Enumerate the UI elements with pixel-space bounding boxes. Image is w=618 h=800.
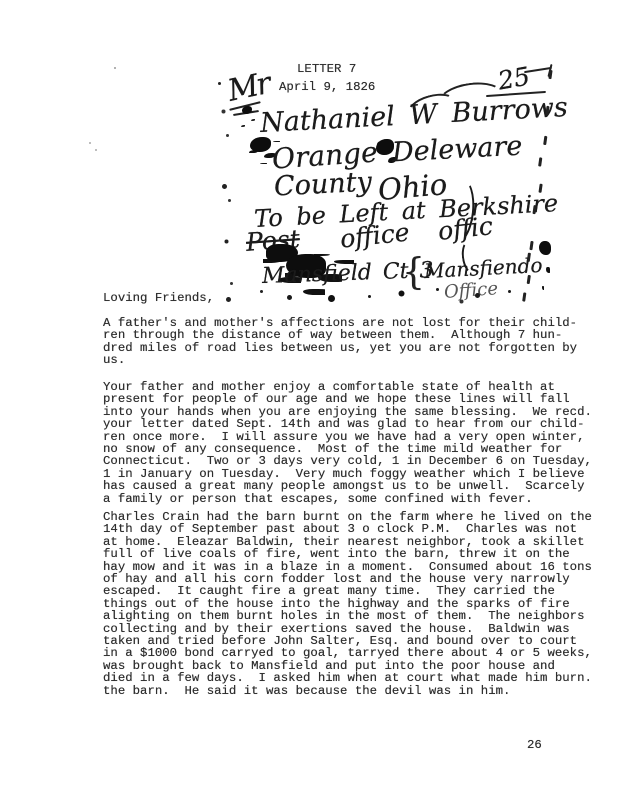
pen-flourish bbox=[460, 239, 483, 275]
pen-flourish bbox=[403, 88, 461, 129]
pen-flourish bbox=[486, 91, 546, 97]
pen-flourish bbox=[233, 110, 259, 116]
handwriting-postmark-line1: Mansfiendo bbox=[423, 253, 543, 283]
ink-blot bbox=[376, 139, 394, 155]
handwriting-origin-postmark: Mansfield Ct 3 bbox=[262, 258, 434, 289]
handwriting-struck-word: Post bbox=[245, 224, 301, 257]
handwriting-town: Orange bbox=[271, 135, 379, 175]
ink-specks bbox=[218, 82, 221, 85]
handwriting-instruction: To be Left at Berkshire bbox=[253, 189, 558, 233]
letter-heading: LETTER 7 bbox=[297, 63, 356, 75]
handwriting-addressee: Nathaniel W Burrows bbox=[259, 92, 568, 139]
handwriting-prefix: Mr bbox=[225, 66, 272, 109]
handwriting-county-word: County bbox=[273, 166, 372, 202]
ink-blot bbox=[539, 241, 551, 255]
letter-date: April 9, 1826 bbox=[279, 81, 375, 93]
scan-edge-marks bbox=[548, 70, 552, 79]
letter-paragraph-3: Charles Crain had the barn burnt on the … bbox=[103, 511, 592, 697]
pen-flourish bbox=[547, 64, 552, 77]
handwriting-county-name: Deleware bbox=[391, 131, 523, 169]
handwriting-office-word-2: offic bbox=[437, 211, 494, 246]
ink-blot bbox=[286, 254, 326, 278]
letter-paragraph-1: A father's and mother's affections are n… bbox=[103, 317, 577, 367]
pen-flourish bbox=[441, 177, 478, 246]
pen-flourish bbox=[524, 67, 552, 73]
scanned-letter-page: LETTER 7 April 9, 1826 Mr 25 Nathaniel W… bbox=[0, 0, 618, 800]
pen-flourish bbox=[229, 101, 261, 111]
letter-paragraph-2: Your father and mother enjoy a comfortab… bbox=[103, 381, 592, 505]
salutation: Loving Friends, bbox=[103, 292, 214, 304]
ink-blot bbox=[250, 137, 271, 152]
handwriting-office-word: office bbox=[339, 217, 411, 253]
paper-specks bbox=[114, 67, 116, 69]
ink-blot bbox=[266, 244, 298, 262]
ink-blot bbox=[242, 106, 252, 114]
handwriting-postage-rate: 25 bbox=[496, 61, 532, 95]
ink-specks bbox=[260, 290, 263, 293]
handwriting-state: Ohio bbox=[377, 167, 449, 207]
pen-flourish bbox=[436, 79, 506, 120]
page-number: 26 bbox=[527, 739, 542, 751]
handwriting-brace: { bbox=[402, 252, 425, 293]
handwriting-postmark-line2: Office bbox=[443, 278, 498, 303]
